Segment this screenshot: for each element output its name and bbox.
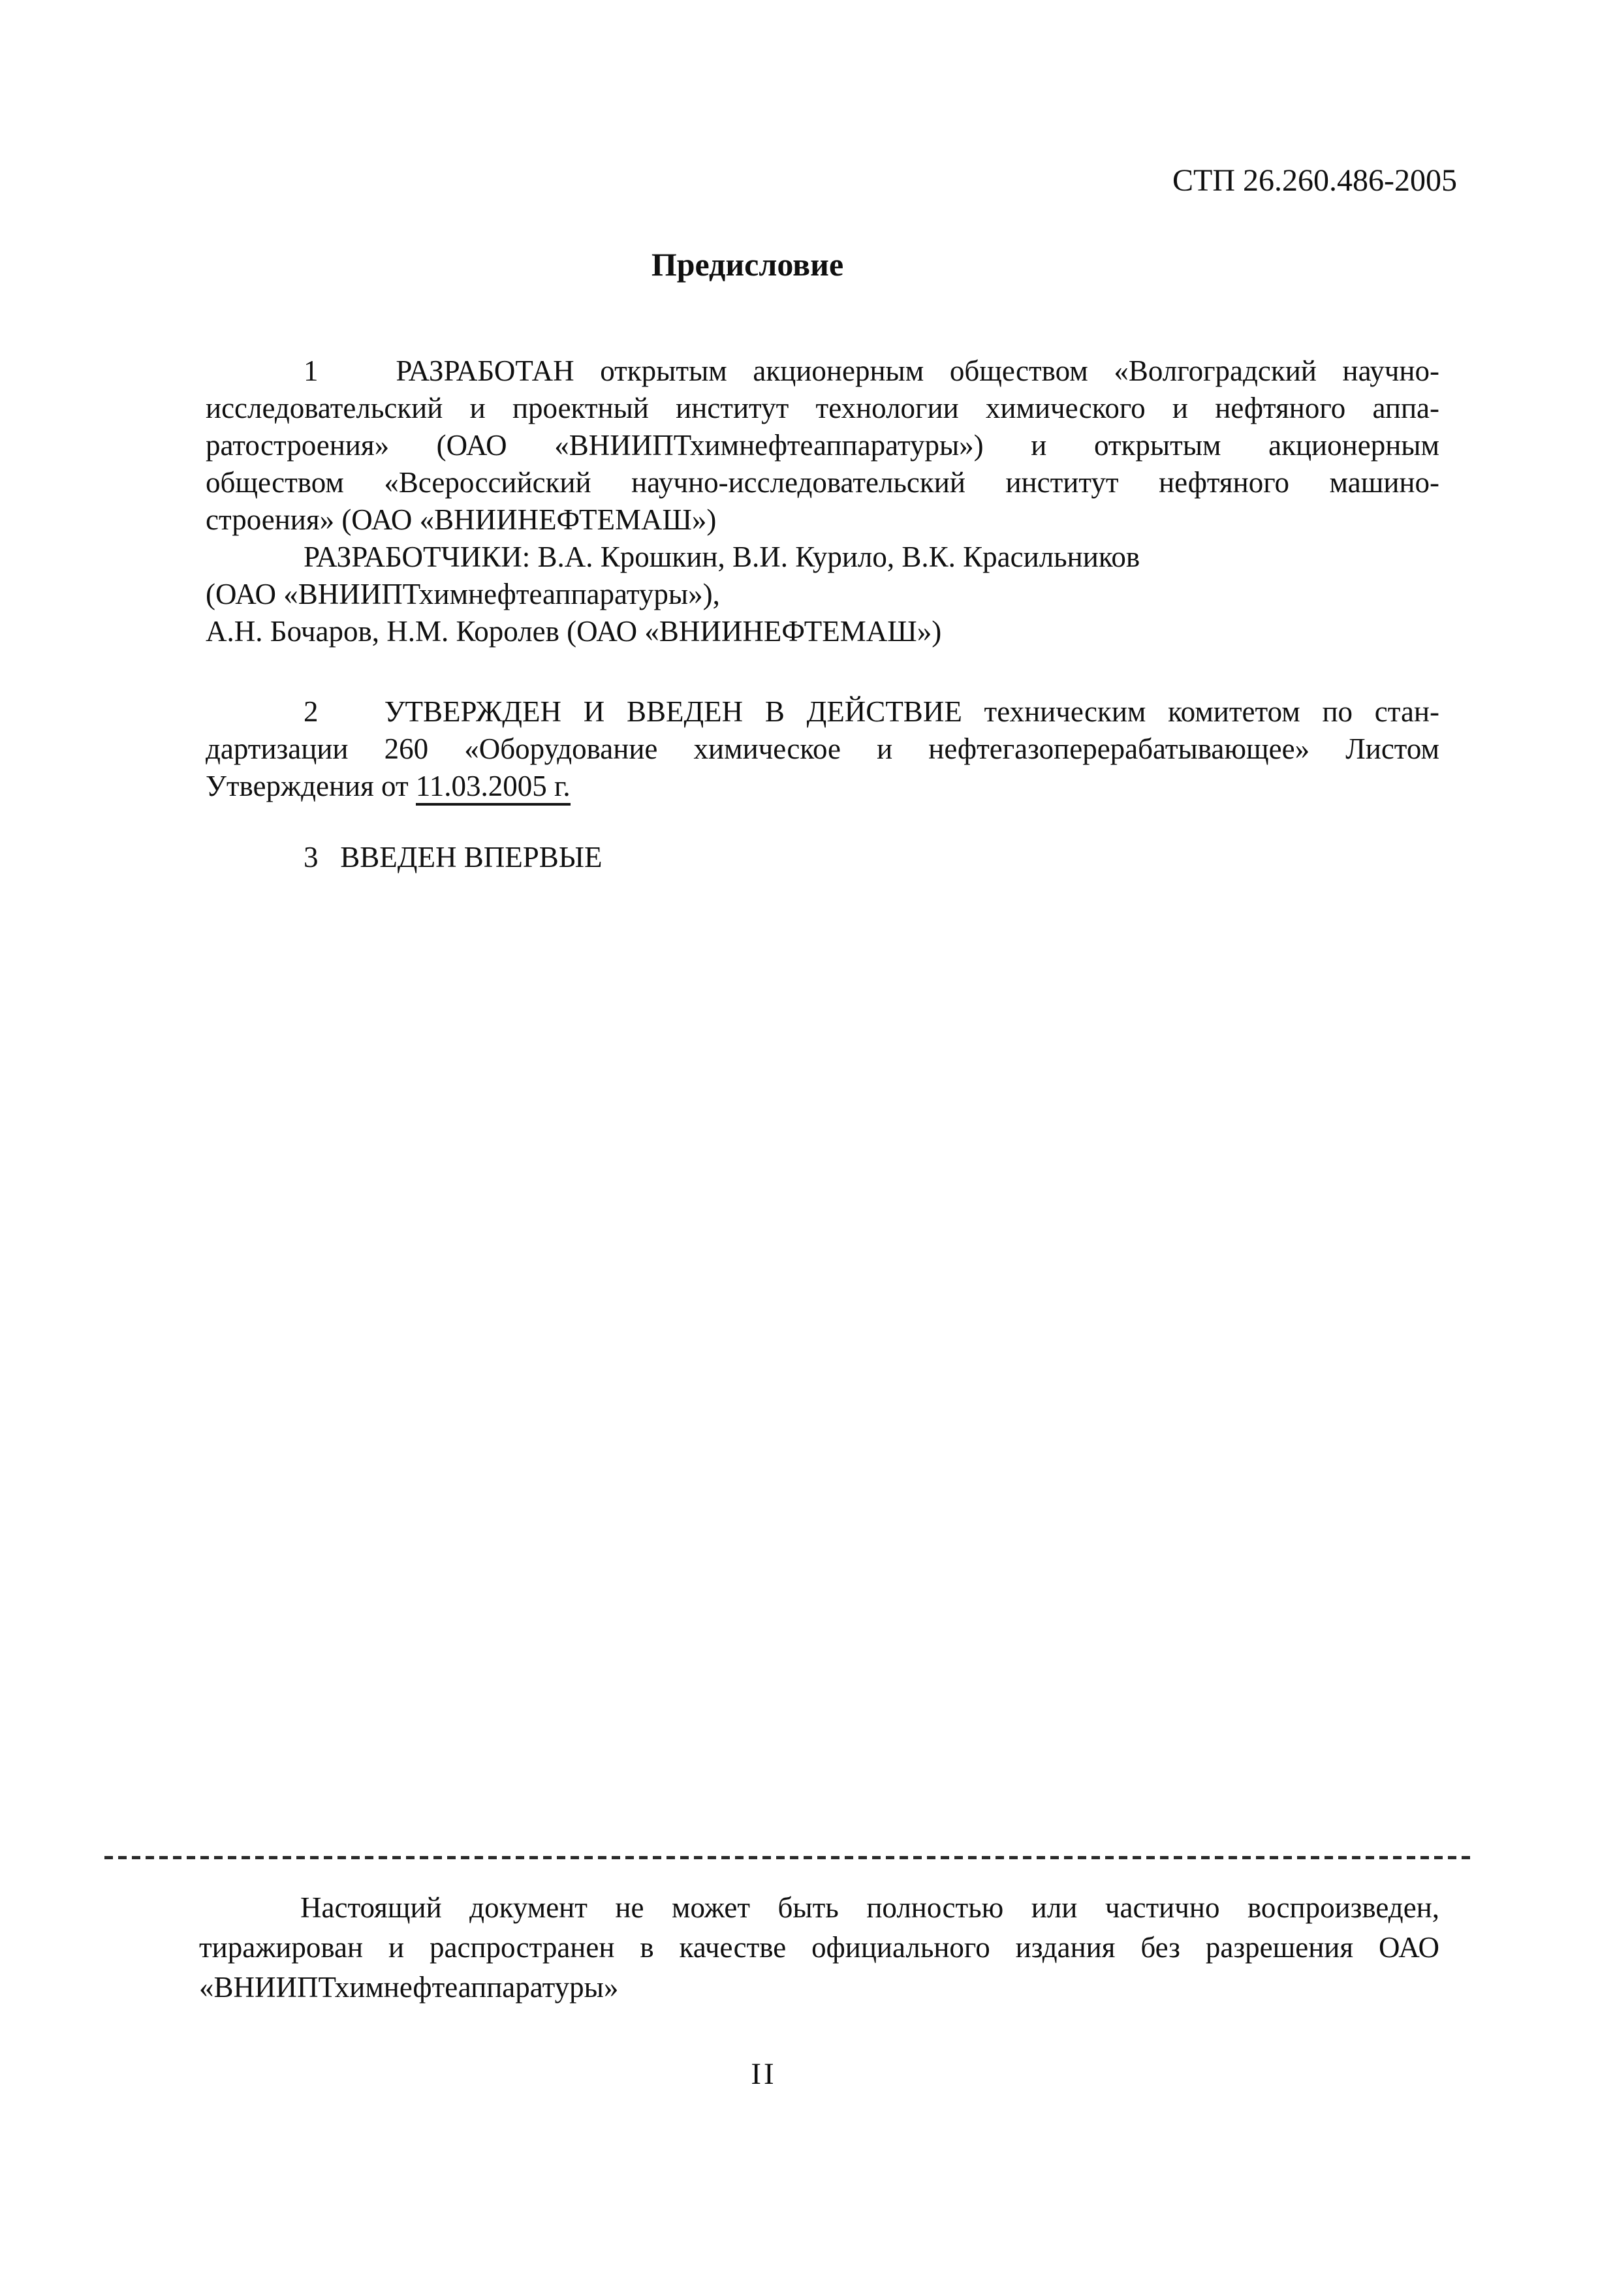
body-line: Утверждения от 11.03.2005 г.	[206, 768, 1439, 806]
footer-line: тиражирован и распространен в качестве о…	[199, 1928, 1439, 1968]
document-page: СТП 26.260.486-2005 Предисловие 1 РАЗРАБ…	[0, 0, 1615, 2296]
body-line: строения» (ОАО «ВНИИНЕФТЕМАШ»)	[206, 501, 1439, 539]
body-line: 1 РАЗРАБОТАН открытым акционерным общест…	[206, 353, 1439, 390]
body-line: 3 ВВЕДЕН ВПЕРВЫЕ	[206, 839, 1439, 876]
body-line: исследовательский и проектный институт т…	[206, 390, 1439, 427]
copyright-note: Настоящий документ не может быть полност…	[199, 1888, 1439, 2007]
paragraph-developed: 1 РАЗРАБОТАН открытым акционерным общест…	[206, 353, 1439, 539]
paragraph-approved: 2 УТВЕРЖДЕН И ВВЕДЕН В ДЕЙСТВИЕ техничес…	[206, 693, 1439, 806]
developers-list: РАЗРАБОТЧИКИ: В.А. Крошкин, В.И. Курило,…	[206, 539, 1439, 650]
body-line: (ОАО «ВНИИПТхимнефтеаппаратуры»),	[206, 576, 1439, 613]
footer-line: «ВНИИПТхимнефтеаппаратуры»	[199, 1968, 1439, 2007]
doc-code: СТП 26.260.486-2005	[0, 162, 1615, 200]
approval-date: 11.03.2005 г.	[416, 770, 571, 806]
body-line: РАЗРАБОТЧИКИ: В.А. Крошкин, В.И. Курило,…	[206, 539, 1439, 576]
body-line: А.Н. Бочаров, Н.М. Королев (ОАО «ВНИИНЕФ…	[206, 613, 1439, 650]
dashed-separator	[104, 1856, 1475, 1859]
footer-line: Настоящий документ не может быть полност…	[199, 1888, 1439, 1928]
body-line: 2 УТВЕРЖДЕН И ВВЕДЕН В ДЕЙСТВИЕ техничес…	[206, 693, 1439, 731]
body-line: дартизации 260 «Оборудование химическое …	[206, 731, 1439, 768]
body-line: ратостроения» (ОАО «ВНИИПТхимнефтеаппара…	[206, 427, 1439, 464]
paragraph-introduced-first: 3 ВВЕДЕН ВПЕРВЫЕ	[206, 839, 1439, 876]
approval-text: Утверждения от	[206, 770, 416, 802]
page-number: II	[0, 2056, 1528, 2092]
body-line: обществом «Всероссийский научно-исследов…	[206, 464, 1439, 501]
preface-heading: Предисловие	[0, 244, 1495, 285]
